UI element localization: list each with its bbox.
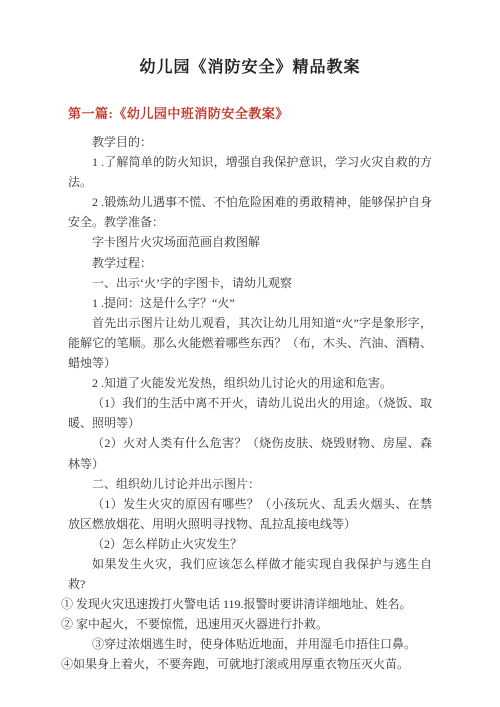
body-paragraph: ③穿过浓烟逃生时，使身体贴近地面，并用湿毛巾捂住口鼻。 bbox=[68, 634, 432, 654]
body-paragraph: ① 发现火灾迅速拨打火警电话 119.报警时要讲清详细地址、姓名。 bbox=[61, 594, 439, 614]
body-paragraph: （1）我们的生活中离不开火，请幼儿说出火的用途。（烧饭、取暖、照明等） bbox=[68, 393, 432, 433]
body-paragraph: 教学过程： bbox=[68, 253, 432, 273]
body-paragraph: 1 .提问：这是什么字？“火” bbox=[68, 293, 432, 313]
body-paragraph: 2 .知道了火能发光发热，组织幼儿讨论火的用途和危害。 bbox=[68, 373, 432, 393]
body-paragraph: 如果发生火灾，我们应该怎么样做才能实现自我保护与逃生自救? bbox=[68, 554, 432, 594]
body-paragraph: 教学目的： bbox=[68, 132, 432, 152]
body-paragraph: ② 家中起火，不要惊慌，迅速用灭火器进行扑救。 bbox=[61, 614, 439, 634]
document-content: 幼儿园《消防安全》精品教案 第一篇:《幼儿园中班消防安全教案》 教学目的：1 .… bbox=[0, 0, 500, 675]
body-paragraph: （2）怎么样防止火灾发生？ bbox=[68, 534, 432, 554]
body-paragraph: 一、出示‘火’字的字图卡，请幼儿观察 bbox=[68, 273, 432, 293]
document-page: 幼儿园《消防安全》精品教案 第一篇:《幼儿园中班消防安全教案》 教学目的：1 .… bbox=[0, 0, 500, 707]
section-heading: 第一篇:《幼儿园中班消防安全教案》 bbox=[68, 105, 432, 123]
body-paragraph: （2）火对人类有什么危害？（烧伤皮肤、烧毁财物、房屋、森林等） bbox=[68, 433, 432, 473]
body-paragraph: 2 .锻炼幼儿遇事不慌、不怕危险困难的勇敢精神，能够保护自身安全。教学准备： bbox=[68, 192, 432, 232]
body-paragraph: 字卡图片火灾场面范画自救图解 bbox=[68, 232, 432, 252]
body-paragraph: 二、组织幼儿讨论并出示图片： bbox=[68, 474, 432, 494]
body-paragraph: 1 .了解简单的防火知识，增强自我保护意识，学习火灾自救的方法。 bbox=[68, 152, 432, 192]
body-paragraph: ④如果身上着火，不要奔跑，可就地打滚或用厚重衣物压灭火苗。 bbox=[61, 654, 439, 674]
body-paragraph: 首先出示图片让幼儿观看，其次让幼儿用知道“火”字是象形字，能解它的笔顺。那么火能… bbox=[68, 313, 432, 373]
document-body: 教学目的：1 .了解简单的防火知识，增强自我保护意识，学习火灾自救的方法。2 .… bbox=[68, 132, 432, 675]
document-title: 幼儿园《消防安全》精品教案 bbox=[68, 57, 432, 79]
body-paragraph: （1）发生火灾的原因有哪些？（小孩玩火、乱丢火烟头、在禁放区燃放烟花、用明火照明… bbox=[68, 494, 432, 534]
